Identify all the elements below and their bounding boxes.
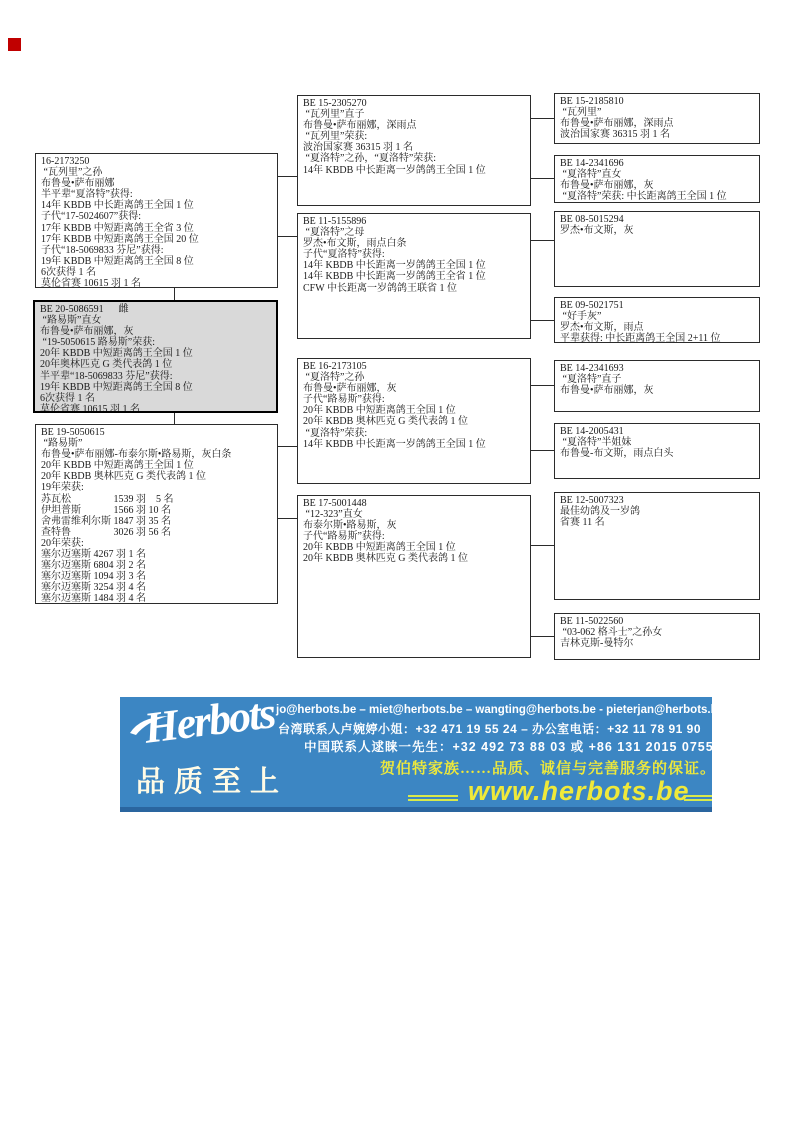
pedigree-line: “19-5050615 路易斯”荣获: [40, 337, 273, 348]
connector-ggp1 [531, 118, 554, 119]
pedigree-box-ggp2: BE 14-2341696 “夏洛特”直女布鲁曼•萨布丽娜，灰 “夏洛特”荣获:… [554, 155, 760, 203]
pedigree-line: 布鲁曼•萨布丽娜-布泰尔斯•路易斯，灰白条 [41, 449, 274, 460]
pedigree-line: “瓦列里”直子 [303, 109, 527, 120]
pedigree-line: 布鲁曼•萨布丽娜，灰 [560, 385, 756, 396]
pedigree-line: 20年 KBDB 中短距离鸽王全国 1 位 [41, 460, 274, 471]
pedigree-line: BE 14-2005431 [560, 426, 756, 437]
pedigree-line: 子代“17-5024607”获得: [41, 211, 274, 222]
pedigree-box-ggp1: BE 15-2185810 “瓦列里”布鲁曼•萨布丽娜，深雨点波治国家赛 363… [554, 93, 760, 144]
pedigree-line: 14年 KBDB 中长距离一岁鸽鸽王全国 1 位 [303, 260, 527, 271]
connector-sire-siresire [278, 176, 297, 177]
pedigree-line: “夏洛特”荣获: [303, 428, 527, 439]
pedigree-line: 罗杰•布文斯，雨点白条 [303, 238, 527, 249]
pedigree-line: 布鲁曼•萨布丽娜，灰 [40, 326, 273, 337]
pedigree-line: 子代“夏洛特”获得: [303, 249, 527, 260]
pedigree-line: 布泰尔斯•路易斯，灰 [303, 520, 527, 531]
double-rule-right [684, 795, 712, 801]
pedigree-line: “夏洛特”之孙 [303, 372, 527, 383]
pedigree-line: “夏洛特”半姐妹 [560, 437, 756, 448]
pedigree-line: 半平辈“夏洛特”获得: [41, 189, 274, 200]
pedigree-line: 子代“路易斯”获得: [303, 531, 527, 542]
connector-ggp4 [531, 320, 554, 321]
pedigree-line: BE 08-5015294 [560, 214, 756, 225]
herbots-tagline: 品质至上 [136, 759, 288, 800]
pedigree-line: 14年 KBDB 中长距离一岁鸽鸽王全国 1 位 [303, 165, 527, 176]
pedigree-line: 17年 KBDB 中短距离鸽王全国 20 位 [41, 234, 274, 245]
pedigree-line: CFW 中长距离一岁鸽鸽王联省 1 位 [303, 283, 527, 294]
red-page-marker [8, 38, 21, 51]
pedigree-line: 平辈获得: 中长距离鸽王全国 2+11 位 [560, 333, 756, 343]
connector-ggp8 [531, 636, 554, 637]
pedigree-line: 子代“路易斯”获得: [303, 394, 527, 405]
connector-subject-dam [174, 413, 175, 424]
pedigree-line: 苏瓦松 1539 羽 5 名 [41, 494, 274, 505]
pedigree-line: 20年 KBDB 中短距离鸽王全国 1 位 [303, 405, 527, 416]
pedigree-line: 布鲁曼-布文斯，雨点白头 [560, 448, 756, 459]
pedigree-line: BE 16-2173105 [303, 361, 527, 372]
pedigree-line: “好手灰” [560, 311, 756, 322]
pedigree-box-sire: 16-2173250 “瓦列里”之孙布鲁曼•萨布丽娜半平辈“夏洛特”获得:14年… [35, 153, 278, 288]
pedigree-line: 罗杰•布文斯，雨点 [560, 322, 756, 333]
pedigree-line: 20年荣获: [41, 538, 274, 549]
pedigree-line: 半平辈“18-5069833 芬尼”获得: [40, 371, 273, 382]
pedigree-line: 塞尔迈塞斯 1094 羽 3 名 [41, 571, 274, 582]
pedigree-line: 波治国家赛 36315 羽 1 名 [560, 129, 756, 140]
banner-contact-taiwan: 台湾联系人卢婉婷小姐：+32 471 19 55 24 – 办公室电话：+32 … [278, 720, 701, 737]
pedigree-line: “瓦列里” [560, 107, 756, 118]
pedigree-line: 19年荣获: [41, 482, 274, 493]
pedigree-line: 布鲁曼•萨布丽娜，深雨点 [560, 118, 756, 129]
connector-sire-siredam [278, 236, 297, 237]
pedigree-line: 罗杰•布文斯，灰 [560, 225, 756, 236]
pedigree-box-sire-sire: BE 15-2305270 “瓦列里”直子布鲁曼•萨布丽娜，深雨点 “瓦列里”荣… [297, 95, 531, 206]
pedigree-line: 20年 KBDB 中短距离鸽王全国 1 位 [40, 348, 273, 359]
pedigree-box-dam-dam: BE 17-5001448 “12-323”直女布泰尔斯•路易斯，灰子代“路易斯… [297, 495, 531, 658]
pedigree-line: 伊坦普斯 1566 羽 10 名 [41, 505, 274, 516]
connector-dam-damdam [278, 518, 297, 519]
pedigree-line: 20年 KBDB 奥林匹克 G 类代表鸽 1 位 [41, 471, 274, 482]
banner-emails: jo@herbots.be – miet@herbots.be – wangti… [276, 704, 712, 716]
pedigree-box-ggp6: BE 14-2005431 “夏洛特”半姐妹布鲁曼-布文斯，雨点白头 [554, 423, 760, 479]
pedigree-line: 布鲁曼•萨布丽娜，灰 [560, 180, 756, 191]
pedigree-box-dam-sire: BE 16-2173105 “夏洛特”之孙布鲁曼•萨布丽娜，灰子代“路易斯”获得… [297, 358, 531, 484]
pedigree-line: “路易斯”直女 [40, 315, 273, 326]
banner-info-block: jo@herbots.be – miet@herbots.be – wangti… [272, 697, 712, 812]
pedigree-line: 17年 KBDB 中短距离鸽王全省 3 位 [41, 223, 274, 234]
double-rule-left [408, 795, 458, 801]
pedigree-line: “夏洛特”直子 [560, 374, 756, 385]
pedigree-line: 16-2173250 [41, 156, 274, 167]
pedigree-line: 省赛 11 名 [560, 517, 756, 528]
pedigree-box-dam: BE 19-5050615 “路易斯”布鲁曼•萨布丽娜-布泰尔斯•路易斯，灰白条… [35, 424, 278, 604]
pedigree-line: “夏洛特”荣获: 中长距离鸽王全国 1 位 [560, 191, 756, 202]
pedigree-line: 6次获得 1 名 [41, 267, 274, 278]
banner-website-link[interactable]: www.herbots.be [468, 776, 690, 807]
pedigree-line: “瓦列里”之孙 [41, 167, 274, 178]
pedigree-line: 20年 KBDB 奥林匹克 G 类代表鸽 1 位 [303, 416, 527, 427]
pedigree-line: 20年奥林匹克 G 类代表鸽 1 位 [40, 359, 273, 370]
pedigree-box-sire-dam: BE 11-5155896 “夏洛特”之母罗杰•布文斯，雨点白条子代“夏洛特”获… [297, 213, 531, 339]
connector-dam-damsire [278, 446, 297, 447]
banner-slogan: 贺伯特家族……品质、诚信与完善服务的保证。 [380, 757, 712, 778]
connector-ggp6 [531, 450, 554, 451]
pedigree-line: 塞尔迈塞斯 4267 羽 1 名 [41, 549, 274, 560]
pedigree-line: 塞尔迈塞斯 1484 羽 4 名 [41, 593, 274, 604]
pedigree-box-ggp3: BE 08-5015294罗杰•布文斯，灰 [554, 211, 760, 287]
pedigree-line: 19年 KBDB 中短距离鸽王全国 8 位 [41, 256, 274, 267]
pedigree-line: 子代“18-5069833 芬尼”获得: [41, 245, 274, 256]
pedigree-line: BE 15-2305270 [303, 98, 527, 109]
pedigree-line: 19年 KBDB 中短距离鸽王全国 8 位 [40, 382, 273, 393]
pedigree-line: BE 11-5155896 [303, 216, 527, 227]
pedigree-line: BE 20-5086591 雌 [40, 304, 273, 315]
herbots-logo-text: Herbots [141, 697, 276, 754]
pedigree-box-ggp4: BE 09-5021751 “好手灰”罗杰•布文斯，雨点平辈获得: 中长距离鸽王… [554, 297, 760, 343]
pedigree-line: “夏洛特”之母 [303, 227, 527, 238]
pedigree-line: “夏洛特”直女 [560, 169, 756, 180]
pedigree-line: “路易斯” [41, 438, 274, 449]
pedigree-line: 布鲁曼•萨布丽娜，深雨点 [303, 120, 527, 131]
pedigree-line: 20年 KBDB 奥林匹克 G 类代表鸽 1 位 [303, 553, 527, 564]
pedigree-line: BE 17-5001448 [303, 498, 527, 509]
banner-bottom-strip [120, 807, 712, 812]
pedigree-line: BE 09-5021751 [560, 300, 756, 311]
connector-ggp2 [531, 178, 554, 179]
pedigree-line: 20年 KBDB 中短距离鸽王全国 1 位 [303, 542, 527, 553]
pedigree-line: BE 14-2341693 [560, 363, 756, 374]
pedigree-line: 6次获得 1 名 [40, 393, 273, 404]
pedigree-line: 塞尔迈塞斯 3254 羽 4 名 [41, 582, 274, 593]
pedigree-line: 吉林克斯-曼特尔 [560, 638, 756, 649]
herbots-banner: Herbots 品质至上 jo@herbots.be – miet@herbot… [120, 697, 712, 812]
pedigree-line: 塞尔迈塞斯 6804 羽 2 名 [41, 560, 274, 571]
pedigree-box-ggp5: BE 14-2341693 “夏洛特”直子布鲁曼•萨布丽娜，灰 [554, 360, 760, 412]
banner-contact-china: 中国联系人逑睐一先生：+32 492 73 88 03 或 +86 131 20… [304, 737, 712, 755]
pedigree-line: 布鲁曼•萨布丽娜 [41, 178, 274, 189]
pedigree-line: BE 14-2341696 [560, 158, 756, 169]
pedigree-line: 14年 KBDB 中长距离一岁鸽鸽王全国 1 位 [303, 439, 527, 450]
pedigree-box-ggp8: BE 11-5022560 “03-062 格斗士”之孙女吉林克斯-曼特尔 [554, 613, 760, 660]
pedigree-line: “夏洛特”之孙，“夏洛特”荣获: [303, 153, 527, 164]
pedigree-line: 莫伦省赛 10615 羽 1 名 [40, 404, 273, 413]
pedigree-line: BE 19-5050615 [41, 427, 274, 438]
connector-sire-subject [174, 288, 175, 300]
pedigree-line: 莫伦省赛 10615 羽 1 名 [41, 278, 274, 288]
pedigree-line: 波治国家赛 36315 羽 1 名 [303, 142, 527, 153]
connector-ggp7 [531, 545, 554, 546]
pedigree-line: 14年 KBDB 中长距离一岁鸽鸽王全省 1 位 [303, 271, 527, 282]
pedigree-line: “12-323”直女 [303, 509, 527, 520]
pedigree-line: “瓦列里”荣获: [303, 131, 527, 142]
pedigree-box-subject: BE 20-5086591 雌 “路易斯”直女布鲁曼•萨布丽娜，灰 “19-50… [33, 300, 278, 413]
pedigree-line: BE 11-5022560 [560, 616, 756, 627]
pedigree-line: 舍弗雷维利尔斯 1847 羽 35 名 [41, 516, 274, 527]
pedigree-line: 14年 KBDB 中长距离鸽王全国 1 位 [41, 200, 274, 211]
pedigree-line: 布鲁曼•萨布丽娜，灰 [303, 383, 527, 394]
pedigree-line: 最佳幼鸽及一岁鸽 [560, 506, 756, 517]
pedigree-document-page: 16-2173250 “瓦列里”之孙布鲁曼•萨布丽娜半平辈“夏洛特”获得:14年… [0, 0, 793, 1122]
connector-ggp3 [531, 240, 554, 241]
pedigree-box-ggp7: BE 12-5007323最佳幼鸽及一岁鸽省赛 11 名 [554, 492, 760, 600]
pedigree-line: BE 15-2185810 [560, 96, 756, 107]
pedigree-line: BE 12-5007323 [560, 495, 756, 506]
pedigree-line: 查特鲁 3026 羽 56 名 [41, 527, 274, 538]
connector-ggp5 [531, 385, 554, 386]
pedigree-line: “03-062 格斗士”之孙女 [560, 627, 756, 638]
